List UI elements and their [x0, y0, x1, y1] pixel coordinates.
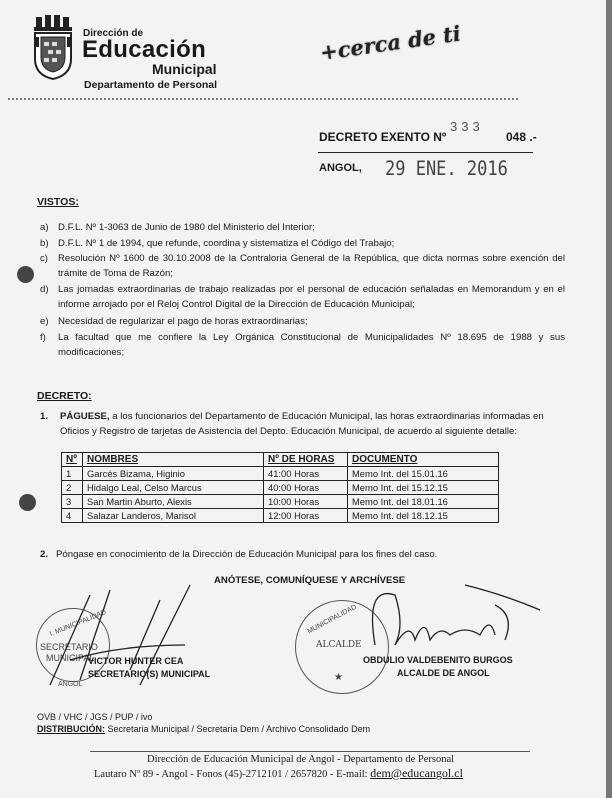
item-text: Las jornadas extraordinarias de trabajo … [58, 282, 565, 312]
secretary-title: SECRETARIO(S) MUNICIPAL [88, 669, 210, 679]
col-header-hours: Nº DE HORAS [264, 453, 348, 467]
cell-name: Salazar Landeros, Marisol [83, 509, 264, 523]
decree-stamped-number: 333 [450, 119, 484, 134]
point-keyword: PÁGUESE, [60, 411, 110, 422]
vistos-item: d) Las jornadas extraordinarias de traba… [40, 282, 565, 312]
decree-underline [318, 152, 533, 153]
vistos-heading: VISTOS: [37, 196, 79, 208]
cell-number: 1 [62, 467, 83, 481]
cell-document: Memo Int. del 18.12.15 [348, 509, 499, 523]
point-number: 2. [40, 549, 48, 560]
vistos-item: c) Resolución Nº 1600 de 30.10.2008 de l… [40, 251, 565, 281]
overtime-table: Nº NOMBRES Nº DE HORAS DOCUMENTO 1 Garcé… [61, 452, 499, 523]
footer-address: Lautaro Nº 89 - Angol - Fonos (45)-27121… [94, 769, 370, 780]
cell-hours: 12:00 Horas [264, 509, 348, 523]
col-header-names: NOMBRES [83, 453, 264, 467]
cell-number: 2 [62, 481, 83, 495]
seal-star-icon: ★ [334, 672, 343, 683]
initials: OVB / VHC / JGS / PUP / ivo [37, 712, 152, 722]
footer-line-2: Lautaro Nº 89 - Angol - Fonos (45)-27121… [94, 766, 463, 781]
item-label: e) [40, 314, 49, 329]
decree-number: 048 .- [506, 130, 537, 144]
cell-name: Garcés Bizama, Higinio [83, 467, 264, 481]
mayor-name: OBDULIO VALDEBENITO BURGOS [363, 655, 513, 665]
footer-line-1: Dirección de Educación Municipal de Ango… [147, 754, 454, 765]
item-label: a) [40, 220, 49, 235]
table-row: 1 Garcés Bizama, Higinio 41:00 Horas Mem… [62, 467, 499, 481]
document-page: Dirección de Educación Municipal Departa… [0, 0, 606, 798]
cell-name: Hidalgo Leal, Celso Marcus [83, 481, 264, 495]
item-text: La facultad que me confiere la Ley Orgán… [58, 330, 565, 360]
secretary-signature-icon [40, 585, 200, 705]
punch-hole [17, 266, 34, 283]
item-text: D.F.L. Nº 1 de 1994, que refunde, coordi… [58, 236, 565, 251]
cell-document: Memo Int. del 18.01.16 [348, 495, 499, 509]
cell-document: Memo Int. del 15.12.15 [348, 481, 499, 495]
decreto-point-1: 1. PÁGUESE, a los funcionarios del Depar… [40, 409, 570, 439]
item-label: b) [40, 236, 49, 251]
cell-document: Memo Int. del 15.01.16 [348, 467, 499, 481]
municipal-crest-icon [32, 15, 74, 80]
decreto-point-2: 2.Póngase en conocimiento de la Direcció… [40, 549, 437, 560]
vistos-item: e) Necesidad de regularizar el pago de h… [40, 314, 565, 329]
vistos-item: a) D.F.L. Nº 1-3063 de Junio de 1980 del… [40, 220, 565, 235]
cell-number: 3 [62, 495, 83, 509]
item-label: c) [40, 251, 48, 266]
org-line-2: Educación [82, 36, 206, 64]
point-text: Póngase en conocimiento de la Dirección … [56, 549, 437, 560]
table-row: 3 San Martin Aburto, Alexis 10:00 Horas … [62, 495, 499, 509]
secretary-name: VICTOR HUNTER CEA [88, 656, 183, 666]
item-text: Resolución Nº 1600 de 30.10.2008 de la C… [58, 251, 565, 281]
slogan: +cerca de ti [319, 21, 463, 65]
item-label: d) [40, 282, 49, 297]
col-header-document: DOCUMENTO [348, 453, 499, 467]
mayor-signature-icon [355, 585, 545, 655]
item-text: Necesidad de regularizar el pago de hora… [58, 314, 565, 329]
cell-name: San Martin Aburto, Alexis [83, 495, 264, 509]
org-line-3: Municipal [152, 61, 217, 77]
vistos-item: b) D.F.L. Nº 1 de 1994, que refunde, coo… [40, 236, 565, 251]
table-row: 2 Hidalgo Leal, Celso Marcus 40:00 Horas… [62, 481, 499, 495]
decreto-heading: DECRETO: [37, 390, 92, 402]
vistos-item: f) La facultad que me confiere la Ley Or… [40, 330, 565, 360]
distribution-text: Secretaria Municipal / Secretaria Dem / … [105, 724, 370, 734]
distribution-label: DISTRIBUCIÓN: [37, 724, 105, 734]
distribution: DISTRIBUCIÓN: Secretaria Municipal / Sec… [37, 724, 370, 734]
header-divider [8, 98, 518, 100]
col-header-number: Nº [62, 453, 83, 467]
table-header-row: Nº NOMBRES Nº DE HORAS DOCUMENTO [62, 453, 499, 467]
cell-number: 4 [62, 509, 83, 523]
point-text: a los funcionarios del Departamento de E… [60, 411, 544, 437]
point-number: 1. [40, 409, 48, 424]
table-row: 4 Salazar Landeros, Marisol 12:00 Horas … [62, 509, 499, 523]
decree-city: ANGOL, [319, 162, 362, 174]
punch-hole [19, 494, 36, 511]
mayor-title: ALCALDE DE ANGOL [397, 668, 490, 678]
cell-hours: 41:00 Horas [264, 467, 348, 481]
department-name: Departamento de Personal [84, 79, 217, 91]
item-text: D.F.L. Nº 1-3063 de Junio de 1980 del Mi… [58, 220, 565, 235]
cell-hours: 40:00 Horas [264, 481, 348, 495]
decree-date-stamp: 29 ENE. 2016 [385, 158, 508, 181]
footer-divider [90, 751, 530, 752]
cell-hours: 10:00 Horas [264, 495, 348, 509]
footer-email-link[interactable]: dem@educangol.cl [370, 766, 463, 780]
scan-edge-shadow [606, 0, 612, 798]
decree-label: DECRETO EXENTO Nº [319, 130, 446, 144]
item-label: f) [40, 330, 46, 345]
